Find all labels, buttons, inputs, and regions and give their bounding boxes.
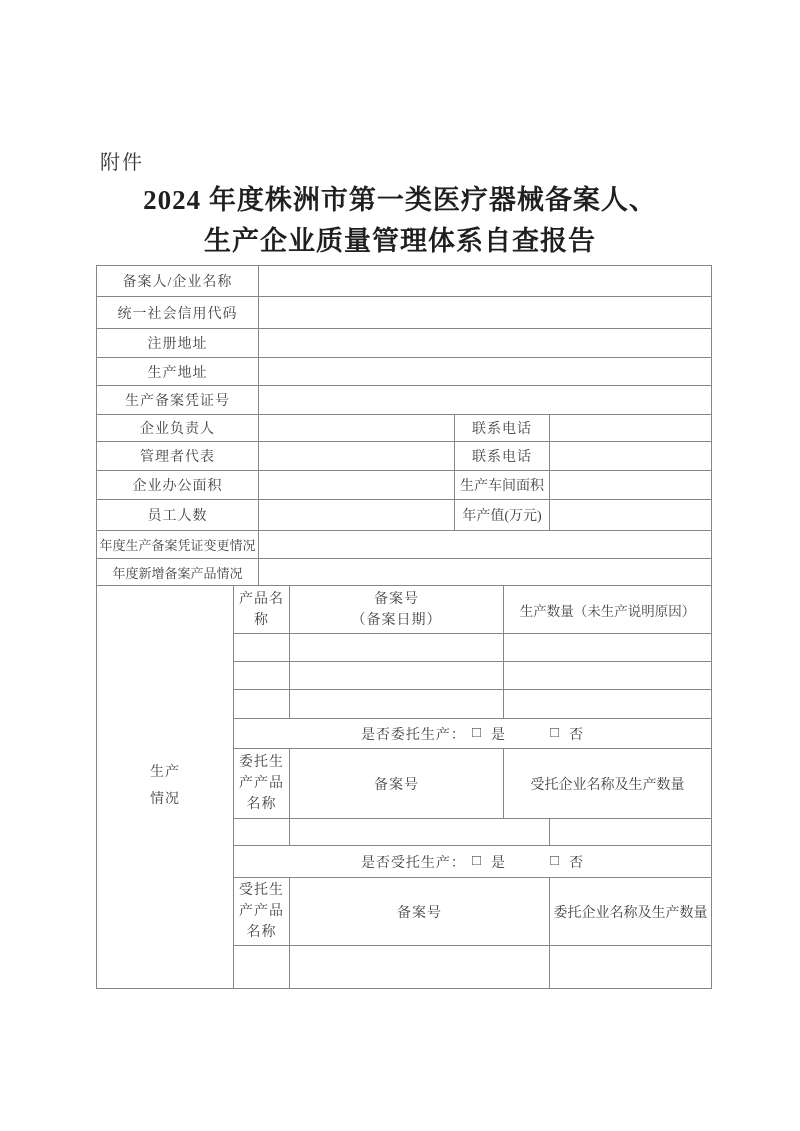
input-cell-entrusting-company xyxy=(550,946,712,989)
header-entrusted-company: 受托企业名称及生产数量 xyxy=(504,749,712,819)
input-cell-accept-filing-no xyxy=(290,946,550,989)
checkbox-entrust-yes-icon: □ xyxy=(472,726,482,741)
input-cell-credit-code xyxy=(259,297,712,329)
header-entrust-filing-no: 备案号 xyxy=(290,749,504,819)
input-cell-entrust-filing-no xyxy=(290,819,550,846)
input-cell-filing-no-3 xyxy=(290,690,504,719)
header-filing-no-date: 备案号 （备案日期） xyxy=(290,586,504,634)
input-cell-annual-output xyxy=(550,500,712,531)
input-cell-product-name-1 xyxy=(234,634,290,662)
entrust-question-label: 是否委托生产： xyxy=(361,724,466,744)
accept-yes-label: 是 xyxy=(491,852,506,872)
document-title-line2: 生产企业质量管理体系自查报告 xyxy=(0,221,800,262)
self-inspection-form-table: 备案人/企业名称 统一社会信用代码 注册地址 生产地址 生产备案凭证号 企业负责… xyxy=(96,265,712,989)
input-cell-rep-phone xyxy=(550,442,712,471)
field-label-head-phone: 联系电话 xyxy=(455,415,550,442)
field-label-employee-count: 员工人数 xyxy=(97,500,259,531)
input-cell-quantity-1 xyxy=(504,634,712,662)
input-cell-entrust-product-name xyxy=(234,819,290,846)
input-cell-accept-product-name xyxy=(234,946,290,989)
field-label-annual-output: 年产值(万元) xyxy=(455,500,550,531)
field-label-filing-certificate-no: 生产备案凭证号 xyxy=(97,386,259,415)
input-cell-entrusted-company xyxy=(550,819,712,846)
input-cell-quantity-3 xyxy=(504,690,712,719)
accept-production-question-row: 是否受托生产： □ 是 □ 否 xyxy=(234,846,712,878)
input-cell-registered-address xyxy=(259,329,712,358)
header-product-name: 产品名 称 xyxy=(234,586,290,634)
input-cell-product-name-3 xyxy=(234,690,290,719)
field-label-workshop-area: 生产车间面积 xyxy=(455,471,550,500)
input-cell-annual-cert-change xyxy=(259,531,712,559)
input-cell-company-head xyxy=(259,415,455,442)
entrust-yes-label: 是 xyxy=(491,724,506,744)
input-cell-employee-count xyxy=(259,500,455,531)
input-cell-management-rep xyxy=(259,442,455,471)
entrust-production-question-row: 是否委托生产： □ 是 □ 否 xyxy=(234,719,712,749)
accept-no-label: 否 xyxy=(569,852,584,872)
field-label-company-head: 企业负责人 xyxy=(97,415,259,442)
checkbox-entrust-no-icon: □ xyxy=(550,726,560,741)
entrust-no-label: 否 xyxy=(569,724,584,744)
field-label-registrant-name: 备案人/企业名称 xyxy=(97,266,259,297)
header-entrust-product-name: 委托生 产产品 名称 xyxy=(234,749,290,819)
checkbox-accept-yes-icon: □ xyxy=(472,854,482,869)
header-production-quantity: 生产数量（未生产说明原因） xyxy=(504,586,712,634)
input-cell-filing-no-2 xyxy=(290,662,504,690)
input-cell-office-area xyxy=(259,471,455,500)
header-entrusting-company: 委托企业名称及生产数量 xyxy=(550,878,712,946)
input-cell-workshop-area xyxy=(550,471,712,500)
field-label-rep-phone: 联系电话 xyxy=(455,442,550,471)
input-cell-quantity-2 xyxy=(504,662,712,690)
input-cell-production-address xyxy=(259,358,712,386)
field-label-credit-code: 统一社会信用代码 xyxy=(97,297,259,329)
accept-question-label: 是否受托生产： xyxy=(361,852,466,872)
input-cell-filing-certificate-no xyxy=(259,386,712,415)
input-cell-head-phone xyxy=(550,415,712,442)
attachment-label: 附件 xyxy=(100,146,144,175)
field-label-office-area: 企业办公面积 xyxy=(97,471,259,500)
checkbox-accept-no-icon: □ xyxy=(550,854,560,869)
section-label-production-status: 生产 情况 xyxy=(97,586,234,989)
header-accept-filing-no: 备案号 xyxy=(290,878,550,946)
field-label-production-address: 生产地址 xyxy=(97,358,259,386)
input-cell-registrant-name xyxy=(259,266,712,297)
input-cell-filing-no-1 xyxy=(290,634,504,662)
field-label-annual-new-products: 年度新增备案产品情况 xyxy=(97,559,259,586)
document-title: 2024 年度株洲市第一类医疗器械备案人、 生产企业质量管理体系自查报告 xyxy=(0,180,800,262)
input-cell-product-name-2 xyxy=(234,662,290,690)
field-label-registered-address: 注册地址 xyxy=(97,329,259,358)
input-cell-annual-new-products xyxy=(259,559,712,586)
field-label-annual-cert-change: 年度生产备案凭证变更情况 xyxy=(97,531,259,559)
document-title-line1: 2024 年度株洲市第一类医疗器械备案人、 xyxy=(0,180,800,221)
field-label-management-rep: 管理者代表 xyxy=(97,442,259,471)
header-accept-product-name: 受托生 产产品 名称 xyxy=(234,878,290,946)
